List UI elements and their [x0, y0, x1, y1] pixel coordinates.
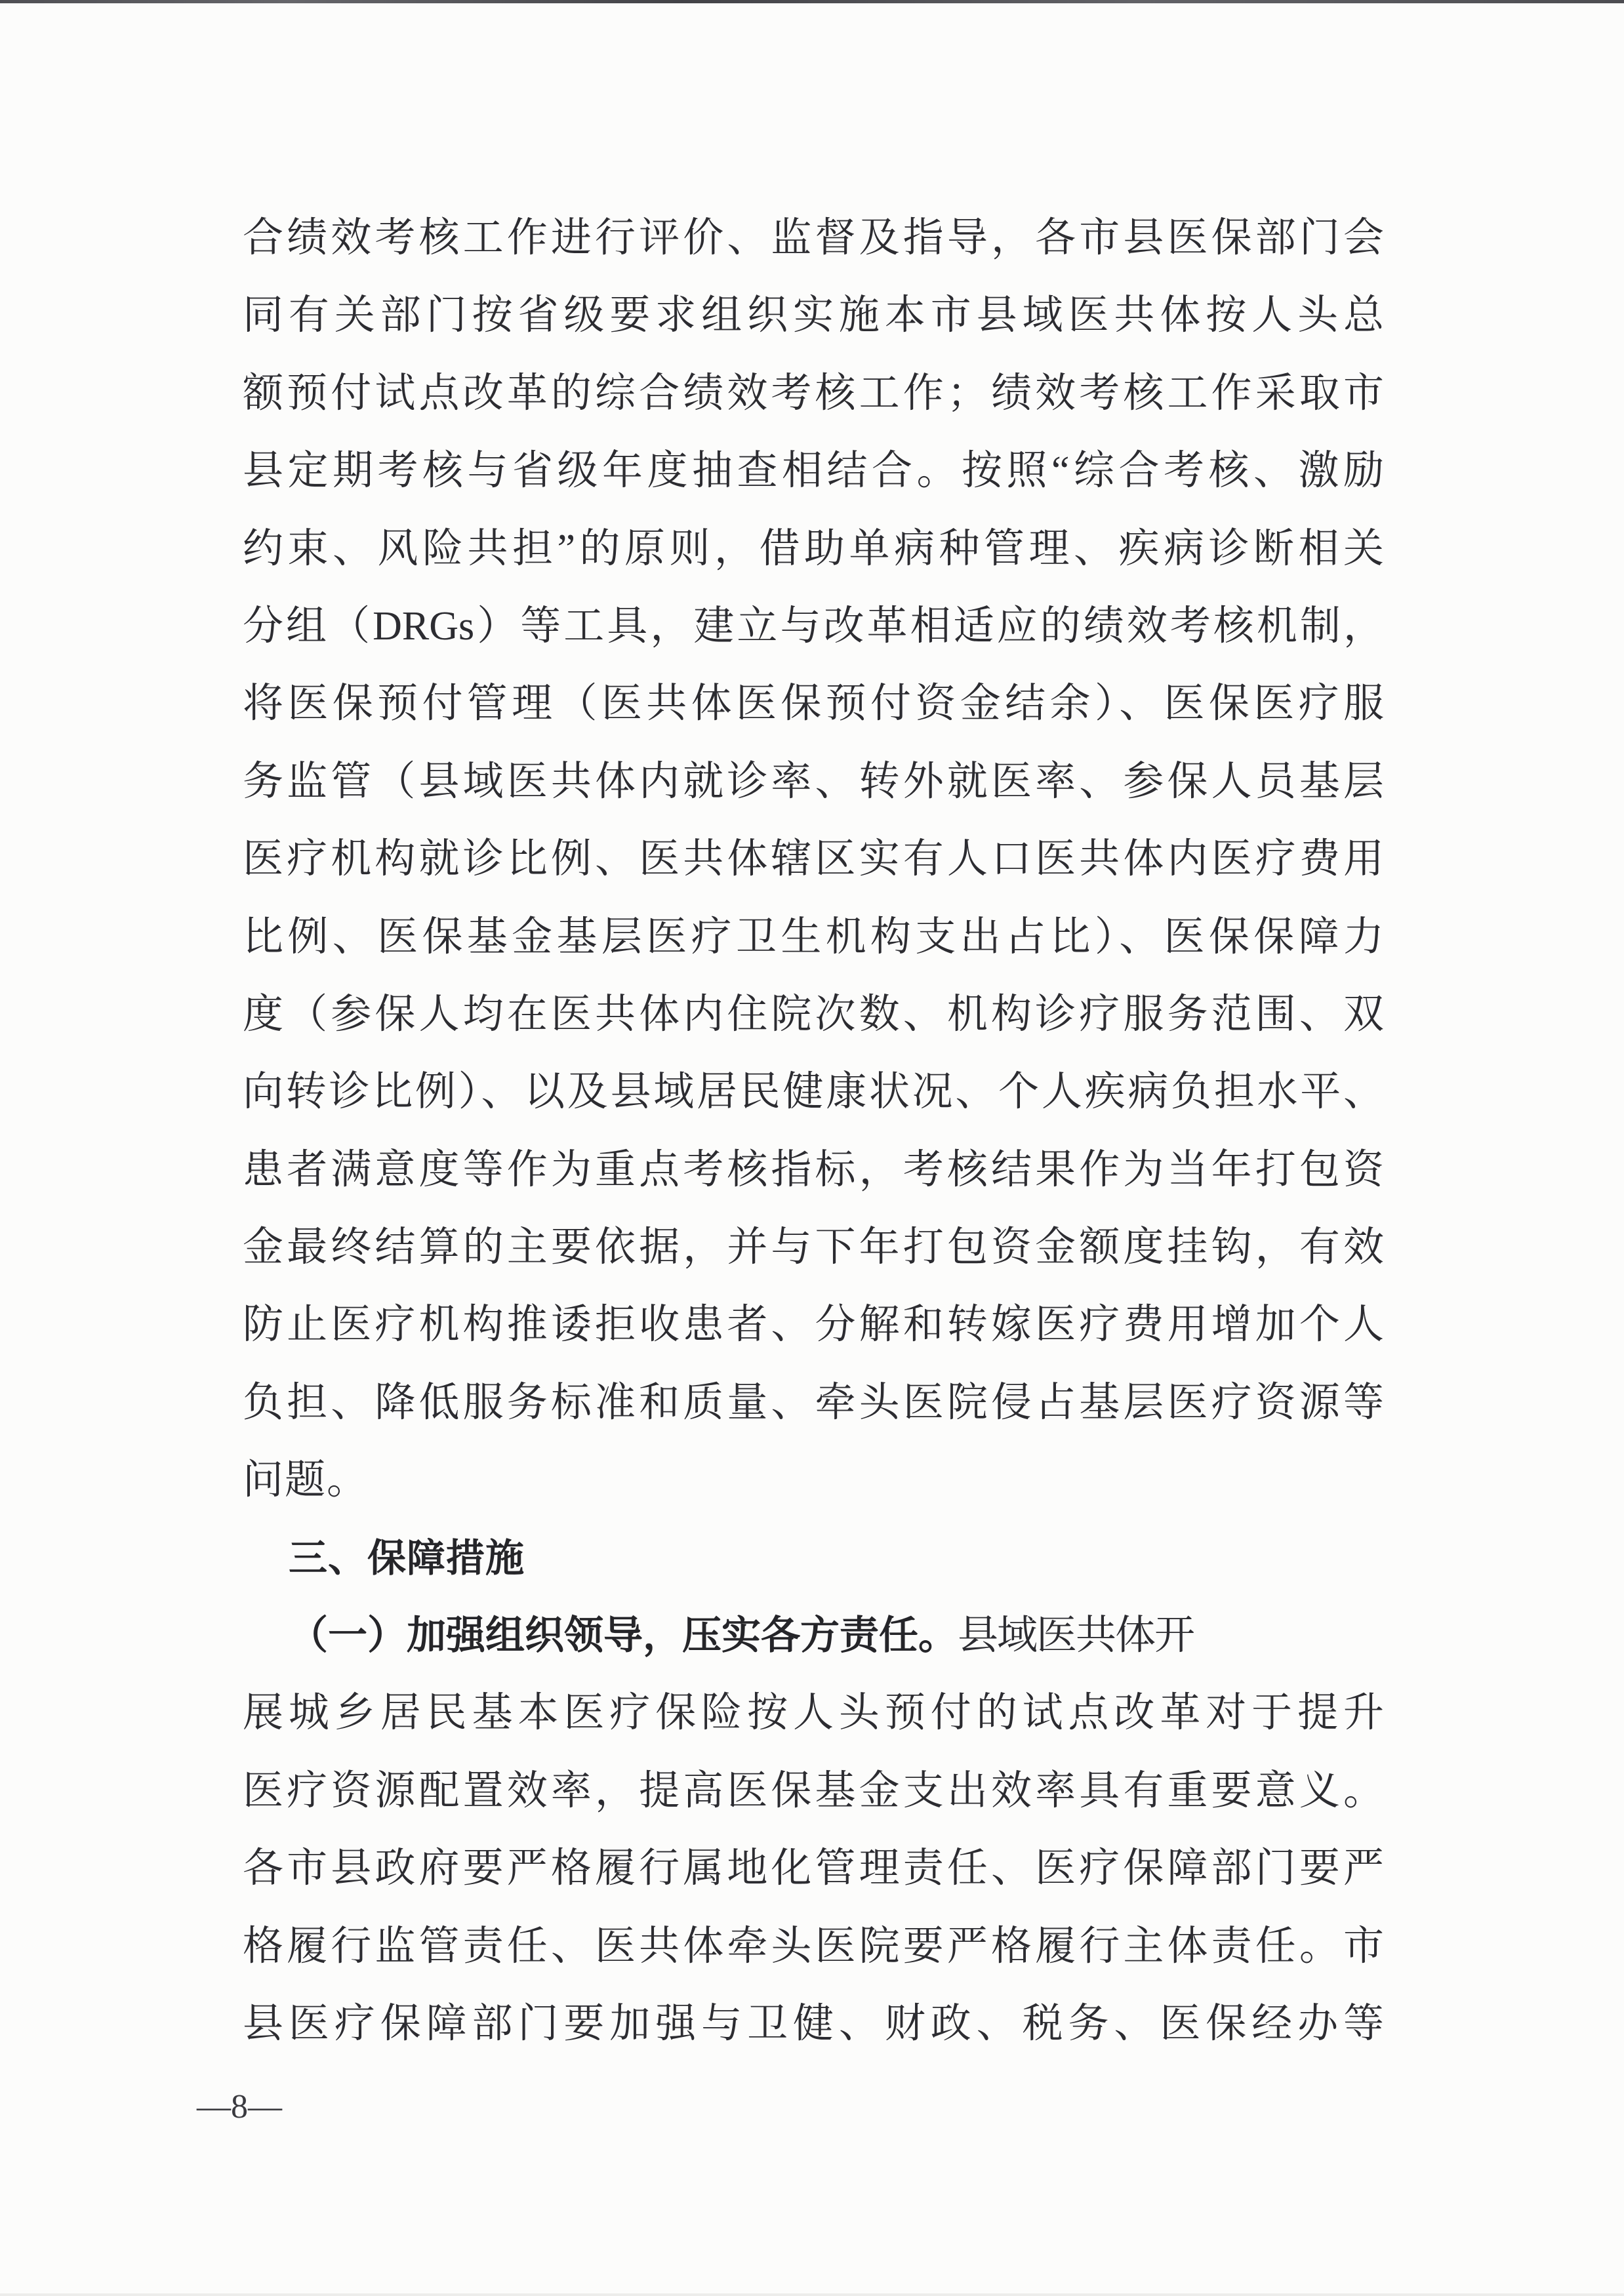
body-line: 合绩效考核工作进行评价、监督及指导，各市县医保部门会 [243, 199, 1384, 277]
body-line: 分组（DRGs）等工具，建立与改革相适应的绩效考核机制， [243, 588, 1384, 665]
subsection-heading-bold: （一）加强组织领导，压实各方责任。 [289, 1613, 958, 1657]
page-number: —8— [197, 2078, 282, 2137]
body-line: 约束、风险共担”的原则，借助单病种管理、疾病诊断相关 [243, 510, 1384, 588]
document-page: 合绩效考核工作进行评价、监督及指导，各市县医保部门会 同有关部门按省级要求组织实… [0, 0, 1624, 2296]
document-text-block: 合绩效考核工作进行评价、监督及指导，各市县医保部门会 同有关部门按省级要求组织实… [243, 199, 1384, 2063]
body-line: 展城乡居民基本医疗保险按人头预付的试点改革对于提升 [243, 1674, 1384, 1752]
body-line: 患者满意度等作为重点考核指标，考核结果作为当年打包资 [243, 1131, 1384, 1209]
body-line: 务监管（县域医共体内就诊率、转外就医率、参保人员基层 [243, 743, 1384, 820]
body-line: 医疗机构就诊比例、医共体辖区实有人口医共体内医疗费用 [243, 820, 1384, 898]
body-line: 额预付试点改革的综合绩效考核工作；绩效考核工作采取市 [243, 355, 1384, 432]
body-line: 各市县政府要严格履行属地化管理责任、医疗保障部门要严 [243, 1830, 1384, 1907]
body-line: 同有关部门按省级要求组织实施本市县域医共体按人头总 [243, 277, 1384, 354]
scan-artifact-top-edge [0, 0, 1624, 3]
paragraph-last-line: 问题。 [243, 1441, 1384, 1519]
body-line: 县医疗保障部门要加强与卫健、财政、税务、医保经办等 [243, 1985, 1384, 2063]
body-line: 将医保预付管理（医共体医保预付资金结余）、医保医疗服 [243, 665, 1384, 742]
body-line: 县定期考核与省级年度抽查相结合。按照“综合考核、激励 [243, 432, 1384, 510]
subsection-line: （一）加强组织领导，压实各方责任。县域医共体开 [243, 1597, 1384, 1674]
body-line: 防止医疗机构推诿拒收患者、分解和转嫁医疗费用增加个人 [243, 1286, 1384, 1363]
body-line: 负担、降低服务标准和质量、牵头医院侵占基层医疗资源等 [243, 1364, 1384, 1441]
body-line: 格履行监管责任、医共体牵头医院要严格履行主体责任。市 [243, 1908, 1384, 1985]
body-line: 度（参保人均在医共体内住院次数、机构诊疗服务范围、双 [243, 976, 1384, 1053]
body-line: 比例、医保基金基层医疗卫生机构支出占比）、医保保障力 [243, 898, 1384, 976]
body-line: 医疗资源配置效率，提高医保基金支出效率具有重要意义。 [243, 1752, 1384, 1830]
subsection-text-start: 县域医共体开 [958, 1613, 1194, 1658]
section-heading: 三、保障措施 [243, 1520, 1384, 1597]
body-line: 向转诊比例）、以及县域居民健康状况、个人疾病负担水平、 [243, 1053, 1384, 1131]
body-line: 金最终结算的主要依据，并与下年打包资金额度挂钩，有效 [243, 1209, 1384, 1286]
scan-artifact-bottom-edge [0, 2293, 1624, 2296]
